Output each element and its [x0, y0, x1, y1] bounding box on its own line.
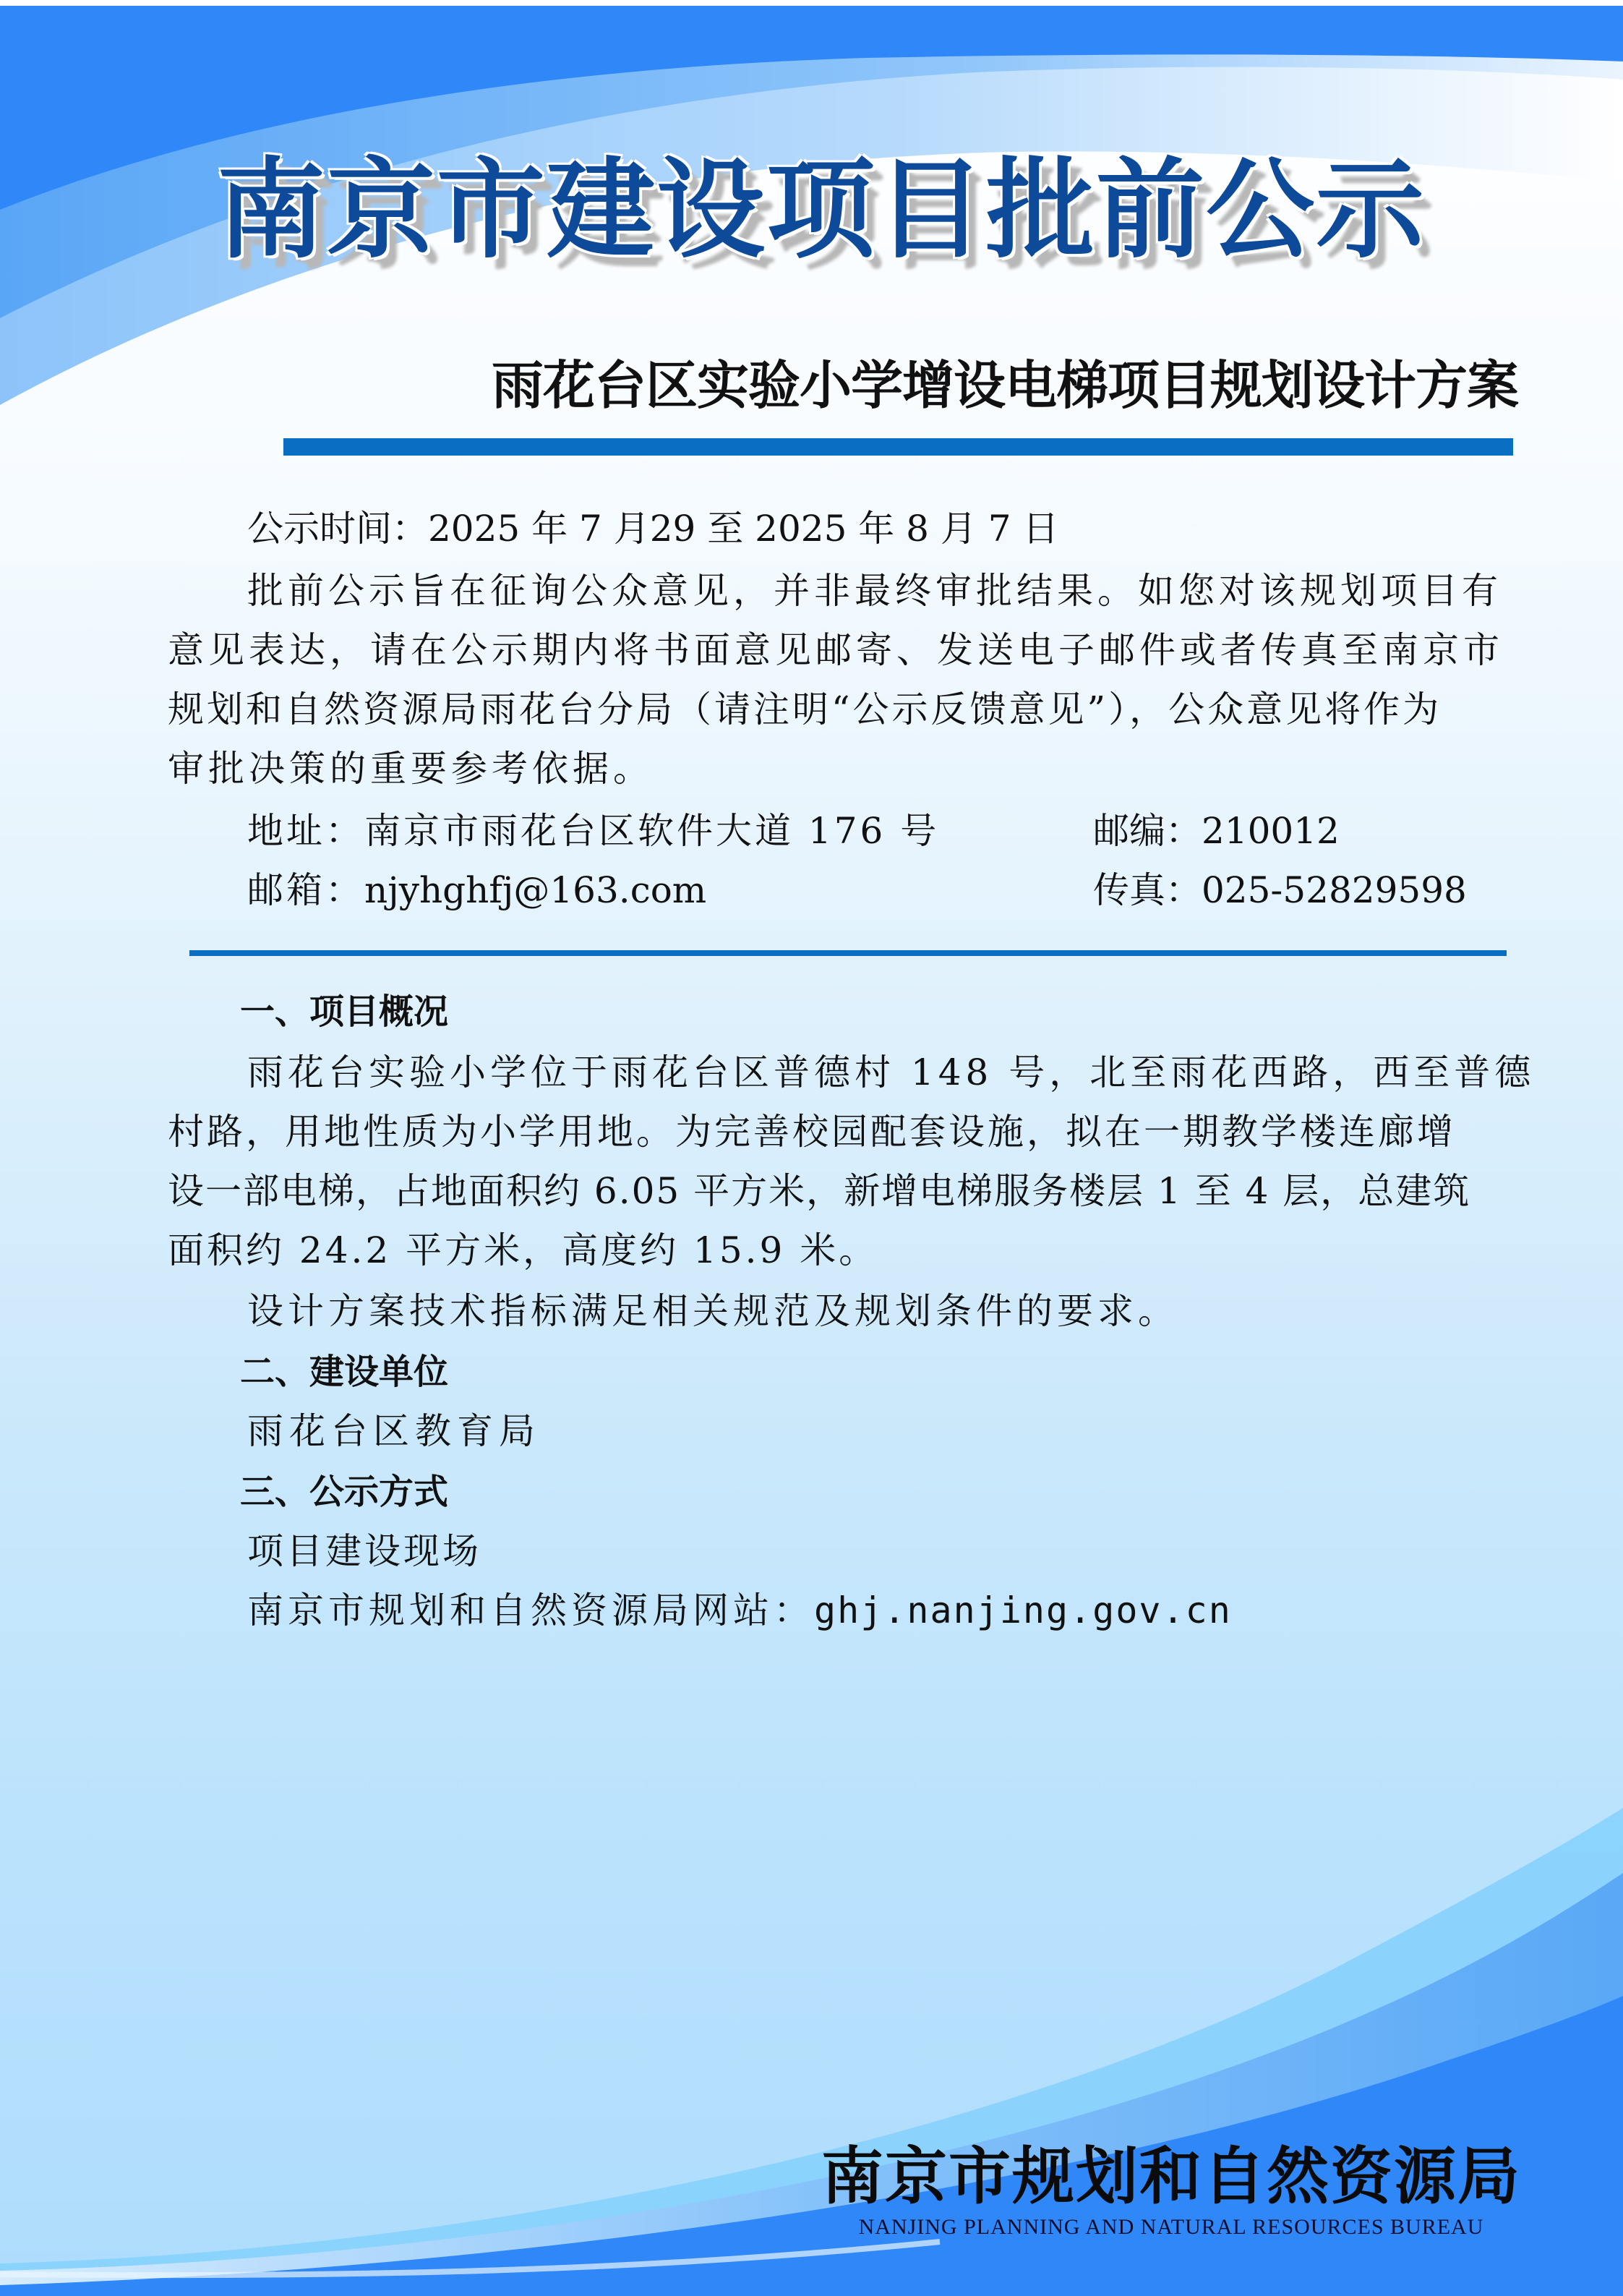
overview-line-3: 设一部电梯，占地面积约 6.05 平方米，新增电梯服务楼层 1 至 4 层，总建…: [168, 1161, 1470, 1221]
intro-line-1: 批前公示旨在征询公众意见，并非最终审批结果。如您对该规划项目有: [247, 561, 1502, 620]
divider-middle: [189, 950, 1507, 956]
footer-org-name-en: NANJING PLANNING AND NATURAL RESOURCES B…: [810, 2214, 1533, 2240]
overview-compliance: 设计方案技术指标满足相关规范及规划条件的要求。: [247, 1281, 1178, 1341]
postcode-value: 210012: [1202, 810, 1340, 852]
contact-address: 地址：南京市雨花台区软件大道 176 号: [247, 801, 939, 861]
builder-name: 雨花台区教育局: [247, 1401, 541, 1461]
postcode-label: 邮编：: [1093, 810, 1202, 852]
overview-line-4: 面积约 24.2 平方米，高度约 15.9 米。: [168, 1221, 878, 1280]
intro-line-2: 意见表达，请在公示期内将书面意见邮寄、发送电子邮件或者传真至南京市: [168, 620, 1504, 680]
fax-value: 025-52829598: [1202, 869, 1467, 911]
contact-fax: 传真：025-52829598: [1093, 861, 1467, 920]
contact-email: 邮箱：njyhghfj@163.com: [247, 861, 706, 920]
email-value[interactable]: njyhghfj@163.com: [364, 869, 706, 911]
project-subtitle: 雨花台区实验小学增设电梯项目规划设计方案: [434, 353, 1518, 418]
contact-postcode: 邮编：210012: [1093, 801, 1340, 861]
fax-label: 传真：: [1093, 869, 1202, 911]
address-label: 地址：: [247, 810, 364, 852]
overview-line-1: 雨花台实验小学位于雨花台区普德村 148 号，北至雨花西路，西至普德: [247, 1043, 1535, 1102]
section-heading-method: 三、公示方式: [240, 1462, 448, 1522]
footer-org-name-cn: 南京市规划和自然资源局: [810, 2141, 1533, 2213]
intro-line-3: 规划和自然资源局雨花台分局（请注明“公示反馈意见”），公众意见将作为: [168, 680, 1442, 739]
overview-line-2: 村路，用地性质为小学用地。为完善校园配套设施，拟在一期教学楼连廊增: [168, 1102, 1456, 1161]
website-link[interactable]: ghj.nanjing.gov.cn: [814, 1589, 1232, 1631]
section-heading-overview: 一、项目概况: [240, 982, 448, 1041]
website-label: 南京市规划和自然资源局网站：: [247, 1589, 814, 1631]
method-website: 南京市规划和自然资源局网站：ghj.nanjing.gov.cn: [247, 1581, 1232, 1640]
notice-period-label: 公示时间：: [247, 508, 428, 550]
notice-period-value: 2025 年 7 月29 至 2025 年 8 月 7 日: [428, 508, 1059, 550]
divider-top: [283, 438, 1513, 456]
address-value: 南京市雨花台区软件大道 176 号: [364, 810, 939, 852]
section-heading-builder: 二、建设单位: [240, 1342, 448, 1401]
intro-line-4: 审批决策的重要参考依据。: [168, 739, 654, 798]
notice-period: 公示时间：2025 年 7 月29 至 2025 年 8 月 7 日: [247, 499, 1059, 558]
method-onsite: 项目建设现场: [247, 1522, 481, 1581]
email-label: 邮箱：: [247, 869, 364, 911]
main-title: 南京市建设项目批前公示: [217, 148, 1446, 271]
